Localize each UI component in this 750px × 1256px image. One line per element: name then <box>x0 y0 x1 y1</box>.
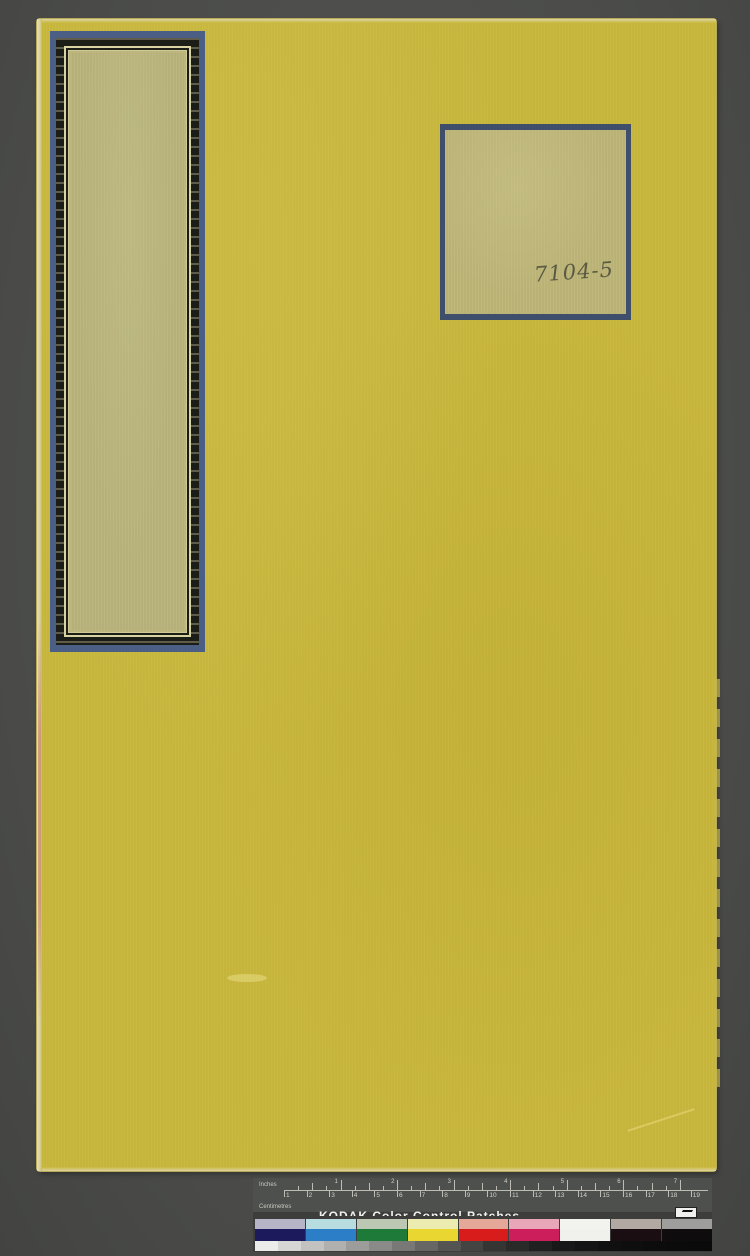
gray-step-7 <box>392 1241 415 1251</box>
catalog-label: 7104-5 <box>440 124 631 320</box>
gray-step-10 <box>461 1241 484 1251</box>
patch-top <box>255 1219 305 1229</box>
gray-step-4 <box>324 1241 347 1251</box>
inch-subtick <box>468 1186 469 1190</box>
cover-crease <box>627 1108 694 1132</box>
cm-number: 6 <box>399 1192 403 1199</box>
patch-bottom <box>306 1229 356 1241</box>
cm-tick <box>352 1190 353 1197</box>
inch-subtick <box>355 1186 356 1190</box>
color-patch-cyan <box>306 1219 356 1241</box>
cm-tick <box>442 1190 443 1197</box>
cm-tick <box>623 1190 624 1197</box>
inch-tick <box>341 1180 342 1190</box>
inch-subtick <box>383 1186 384 1190</box>
inch-subtick <box>439 1186 440 1190</box>
cm-number: 10 <box>489 1192 496 1199</box>
cm-number: 3 <box>331 1192 335 1199</box>
cm-number: 7 <box>422 1192 426 1199</box>
cm-number: 15 <box>602 1192 609 1199</box>
cm-number: 19 <box>693 1192 700 1199</box>
cm-number: 16 <box>625 1192 632 1199</box>
cm-number: 1 <box>286 1192 290 1199</box>
gray-step-19 <box>666 1241 689 1251</box>
gray-step-8 <box>415 1241 438 1251</box>
color-patch-black <box>662 1219 712 1241</box>
cm-tick <box>691 1190 692 1197</box>
gray-step-20 <box>689 1241 712 1251</box>
grayscale-strip <box>255 1241 712 1251</box>
gray-step-5 <box>346 1241 369 1251</box>
cm-tick <box>668 1190 669 1197</box>
inch-subtick <box>595 1183 596 1190</box>
inch-number: 4 <box>504 1179 507 1185</box>
color-patch-green <box>357 1219 407 1241</box>
cm-number: 9 <box>467 1192 471 1199</box>
gray-step-12 <box>506 1241 529 1251</box>
catalog-label-paper: 7104-5 <box>445 130 626 314</box>
gray-step-6 <box>369 1241 392 1251</box>
color-patch-yellow <box>408 1219 458 1241</box>
cm-number: 12 <box>535 1192 542 1199</box>
patch-top <box>509 1219 559 1229</box>
gray-step-18 <box>643 1241 666 1251</box>
color-patch-red <box>459 1219 509 1241</box>
ruler-baseline <box>284 1190 708 1191</box>
book-cover: 7104-5 <box>37 19 716 1171</box>
cm-number: 8 <box>444 1192 448 1199</box>
inch-number: 6 <box>617 1179 620 1185</box>
gray-step-15 <box>575 1241 598 1251</box>
gray-step-2 <box>278 1241 301 1251</box>
inch-subtick <box>637 1186 638 1190</box>
cover-top-edge <box>37 19 716 23</box>
color-patch-white <box>560 1219 610 1241</box>
gray-step-1 <box>255 1241 278 1251</box>
patch-top <box>357 1219 407 1229</box>
gray-step-11 <box>483 1241 506 1251</box>
inch-tick <box>397 1180 398 1190</box>
cm-number: 13 <box>557 1192 564 1199</box>
inch-tick <box>567 1180 568 1190</box>
inch-subtick <box>609 1186 610 1190</box>
cm-number: 14 <box>580 1192 587 1199</box>
inch-number: 2 <box>391 1179 394 1185</box>
title-slip-border <box>64 46 191 637</box>
inch-tick <box>623 1180 624 1190</box>
inch-number: 1 <box>335 1179 338 1185</box>
patch-top <box>306 1219 356 1229</box>
title-slip <box>50 31 205 652</box>
color-patch-blue <box>255 1219 305 1241</box>
cm-tick <box>397 1190 398 1197</box>
patch-bottom <box>255 1229 305 1241</box>
inch-subtick <box>369 1183 370 1190</box>
cover-bottom-edge <box>37 1167 716 1171</box>
cm-number: 17 <box>648 1192 655 1199</box>
cover-wear-spot <box>227 974 267 982</box>
color-calibration-target: Inches Centimetres 123456789101112131415… <box>253 1178 712 1252</box>
patch-top <box>408 1219 458 1229</box>
color-patches <box>255 1219 712 1241</box>
inch-tick <box>680 1180 681 1190</box>
cm-tick <box>646 1190 647 1197</box>
cm-tick <box>533 1190 534 1197</box>
gray-step-17 <box>621 1241 644 1251</box>
cm-number: 11 <box>512 1192 519 1199</box>
patch-bottom <box>408 1229 458 1241</box>
patch-bottom <box>509 1229 559 1241</box>
inch-subtick <box>482 1183 483 1190</box>
patch-bottom <box>357 1229 407 1241</box>
inch-subtick <box>524 1186 525 1190</box>
patch-top <box>662 1219 712 1229</box>
cm-tick <box>329 1190 330 1197</box>
patch-top <box>611 1219 661 1229</box>
inch-number: 5 <box>561 1179 564 1185</box>
cm-tick <box>578 1190 579 1197</box>
gray-step-14 <box>552 1241 575 1251</box>
gray-step-3 <box>301 1241 324 1251</box>
patch-top <box>459 1219 509 1229</box>
cm-tick <box>284 1190 285 1197</box>
inch-subtick <box>581 1186 582 1190</box>
title-slip-paper <box>71 53 184 630</box>
inch-subtick <box>312 1183 313 1190</box>
inch-subtick <box>553 1186 554 1190</box>
catalog-number: 7104-5 <box>533 257 614 287</box>
inch-subtick <box>298 1186 299 1190</box>
inch-subtick <box>425 1183 426 1190</box>
cover-right-fray <box>714 679 720 1099</box>
inch-subtick <box>496 1186 497 1190</box>
cm-tick <box>600 1190 601 1197</box>
gray-step-9 <box>438 1241 461 1251</box>
inch-tick <box>510 1180 511 1190</box>
cm-tick <box>307 1190 308 1197</box>
cm-tick <box>510 1190 511 1197</box>
cm-number: 5 <box>376 1192 380 1199</box>
inch-number: 3 <box>448 1179 451 1185</box>
patch-top <box>560 1219 610 1229</box>
patch-bottom <box>662 1229 712 1241</box>
inch-subtick <box>538 1183 539 1190</box>
cover-edge-discoloration <box>38 619 41 1019</box>
patch-bottom <box>459 1229 509 1241</box>
kodak-logo-icon <box>675 1207 697 1218</box>
inch-tick <box>454 1180 455 1190</box>
ruler-centimetres-label: Centimetres <box>259 1204 291 1210</box>
cm-tick <box>374 1190 375 1197</box>
kodak-title: KODAK Color Control Patches <box>319 1209 520 1216</box>
inch-number: 7 <box>674 1179 677 1185</box>
ruler: Inches Centimetres 123456789101112131415… <box>253 1178 712 1212</box>
gray-step-16 <box>598 1241 621 1251</box>
patch-bottom <box>611 1229 661 1241</box>
inch-subtick <box>411 1186 412 1190</box>
color-patch-3-color <box>611 1219 661 1241</box>
gray-step-13 <box>529 1241 552 1251</box>
color-patch-magenta <box>509 1219 559 1241</box>
ruler-inches-label: Inches <box>259 1182 277 1188</box>
inch-subtick <box>666 1186 667 1190</box>
cm-tick <box>487 1190 488 1197</box>
cm-tick <box>465 1190 466 1197</box>
patch-bottom <box>560 1229 610 1241</box>
cm-tick <box>420 1190 421 1197</box>
cm-number: 2 <box>309 1192 313 1199</box>
inch-subtick <box>652 1183 653 1190</box>
inch-subtick <box>326 1186 327 1190</box>
cm-tick <box>555 1190 556 1197</box>
cm-number: 18 <box>670 1192 677 1199</box>
cm-number: 4 <box>354 1192 358 1199</box>
